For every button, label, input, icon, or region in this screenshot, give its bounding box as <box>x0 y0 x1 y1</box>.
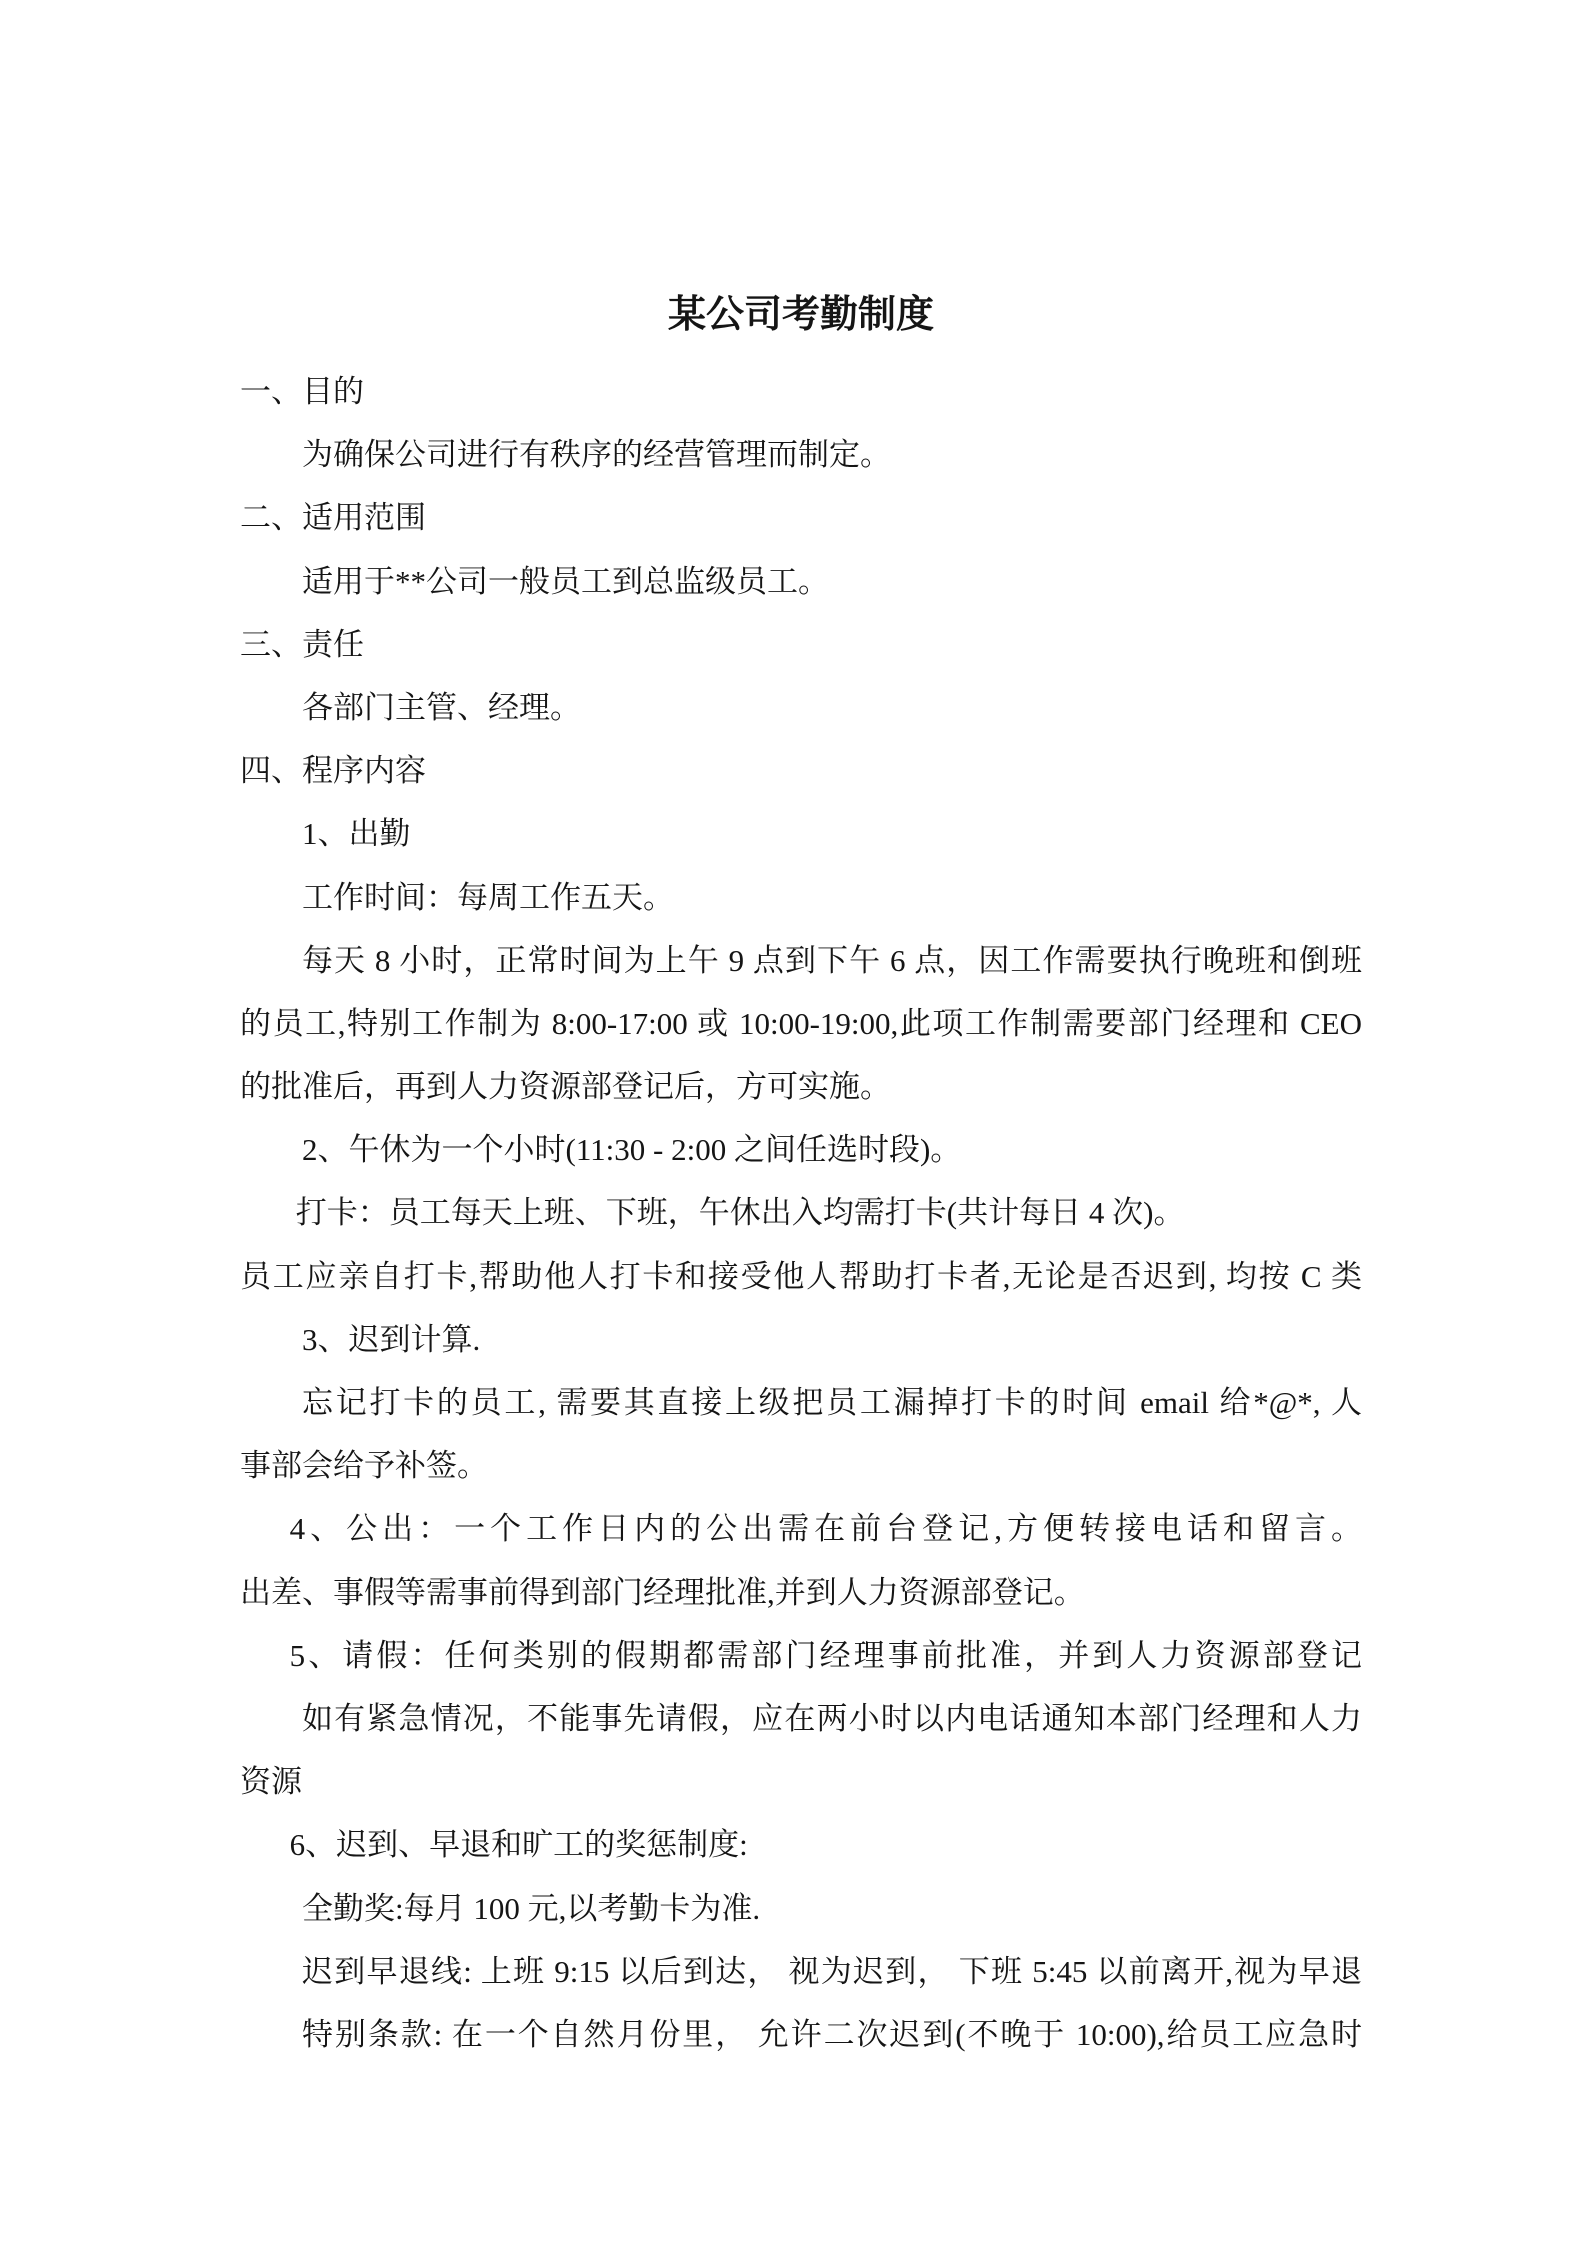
text-line: 4、公出：一个工作日内的公出需在前台登记,方便转接电话和留言。 <box>240 1497 1362 1560</box>
text-line: 三、责任 <box>240 613 1362 676</box>
text-line: 二、适用范围 <box>240 486 1362 549</box>
text-line: 一、目的 <box>240 360 1362 423</box>
text-line: 每天 8 小时，正常时间为上午 9 点到下午 6 点，因工作需要执行晚班和倒班 <box>240 929 1362 992</box>
document-body: 一、目的为确保公司进行有秩序的经营管理而制定。二、适用范围适用于**公司一般员工… <box>240 360 1362 2066</box>
text-line: 特别条款: 在一个自然月份里， 允许二次迟到(不晚于 10:00),给员工应急时 <box>240 2003 1362 2066</box>
text-line: 忘记打卡的员工, 需要其直接上级把员工漏掉打卡的时间 email 给*@*, 人 <box>240 1371 1362 1434</box>
text-line: 的员工,特别工作制为 8:00-17:00 或 10:00-19:00,此项工作… <box>240 992 1362 1055</box>
document-title: 某公司考勤制度 <box>240 284 1362 360</box>
text-line: 如有紧急情况，不能事先请假，应在两小时以内电话通知本部门经理和人力 <box>240 1687 1362 1750</box>
text-line: 3、迟到计算. <box>240 1308 1362 1371</box>
text-line: 5、请假：任何类别的假期都需部门经理事前批准，并到人力资源部登记 <box>240 1624 1362 1687</box>
document-page: 某公司考勤制度 一、目的为确保公司进行有秩序的经营管理而制定。二、适用范围适用于… <box>0 0 1587 2245</box>
text-line: 出差、事假等需事前得到部门经理批准,并到人力资源部登记。 <box>240 1561 1362 1624</box>
text-line: 各部门主管、经理。 <box>240 676 1362 739</box>
text-line: 四、程序内容 <box>240 739 1362 802</box>
text-line: 迟到早退线: 上班 9:15 以后到达， 视为迟到， 下班 5:45 以前离开,… <box>240 1940 1362 2003</box>
document-content: 某公司考勤制度 一、目的为确保公司进行有秩序的经营管理而制定。二、适用范围适用于… <box>240 284 1362 2066</box>
text-line: 的批准后，再到人力资源部登记后，方可实施。 <box>240 1055 1362 1118</box>
text-line: 1、出勤 <box>240 802 1362 865</box>
text-line: 全勤奖:每月 100 元,以考勤卡为准. <box>240 1877 1362 1940</box>
text-line: 适用于**公司一般员工到总监级员工。 <box>240 550 1362 613</box>
text-line: 工作时间：每周工作五天。 <box>240 866 1362 929</box>
text-line: 事部会给予补签。 <box>240 1434 1362 1497</box>
text-line: 2、午休为一个小时(11:30 - 2:00 之间任选时段)。 <box>240 1118 1362 1181</box>
text-line: 打卡：员工每天上班、下班，午休出入均需打卡(共计每日 4 次)。 <box>240 1181 1362 1244</box>
text-line: 为确保公司进行有秩序的经营管理而制定。 <box>240 423 1362 486</box>
text-line: 资源 <box>240 1750 1362 1813</box>
text-line: 员工应亲自打卡,帮助他人打卡和接受他人帮助打卡者,无论是否迟到, 均按 C 类 <box>240 1245 1362 1308</box>
text-line: 6、迟到、早退和旷工的奖惩制度: <box>240 1813 1362 1876</box>
